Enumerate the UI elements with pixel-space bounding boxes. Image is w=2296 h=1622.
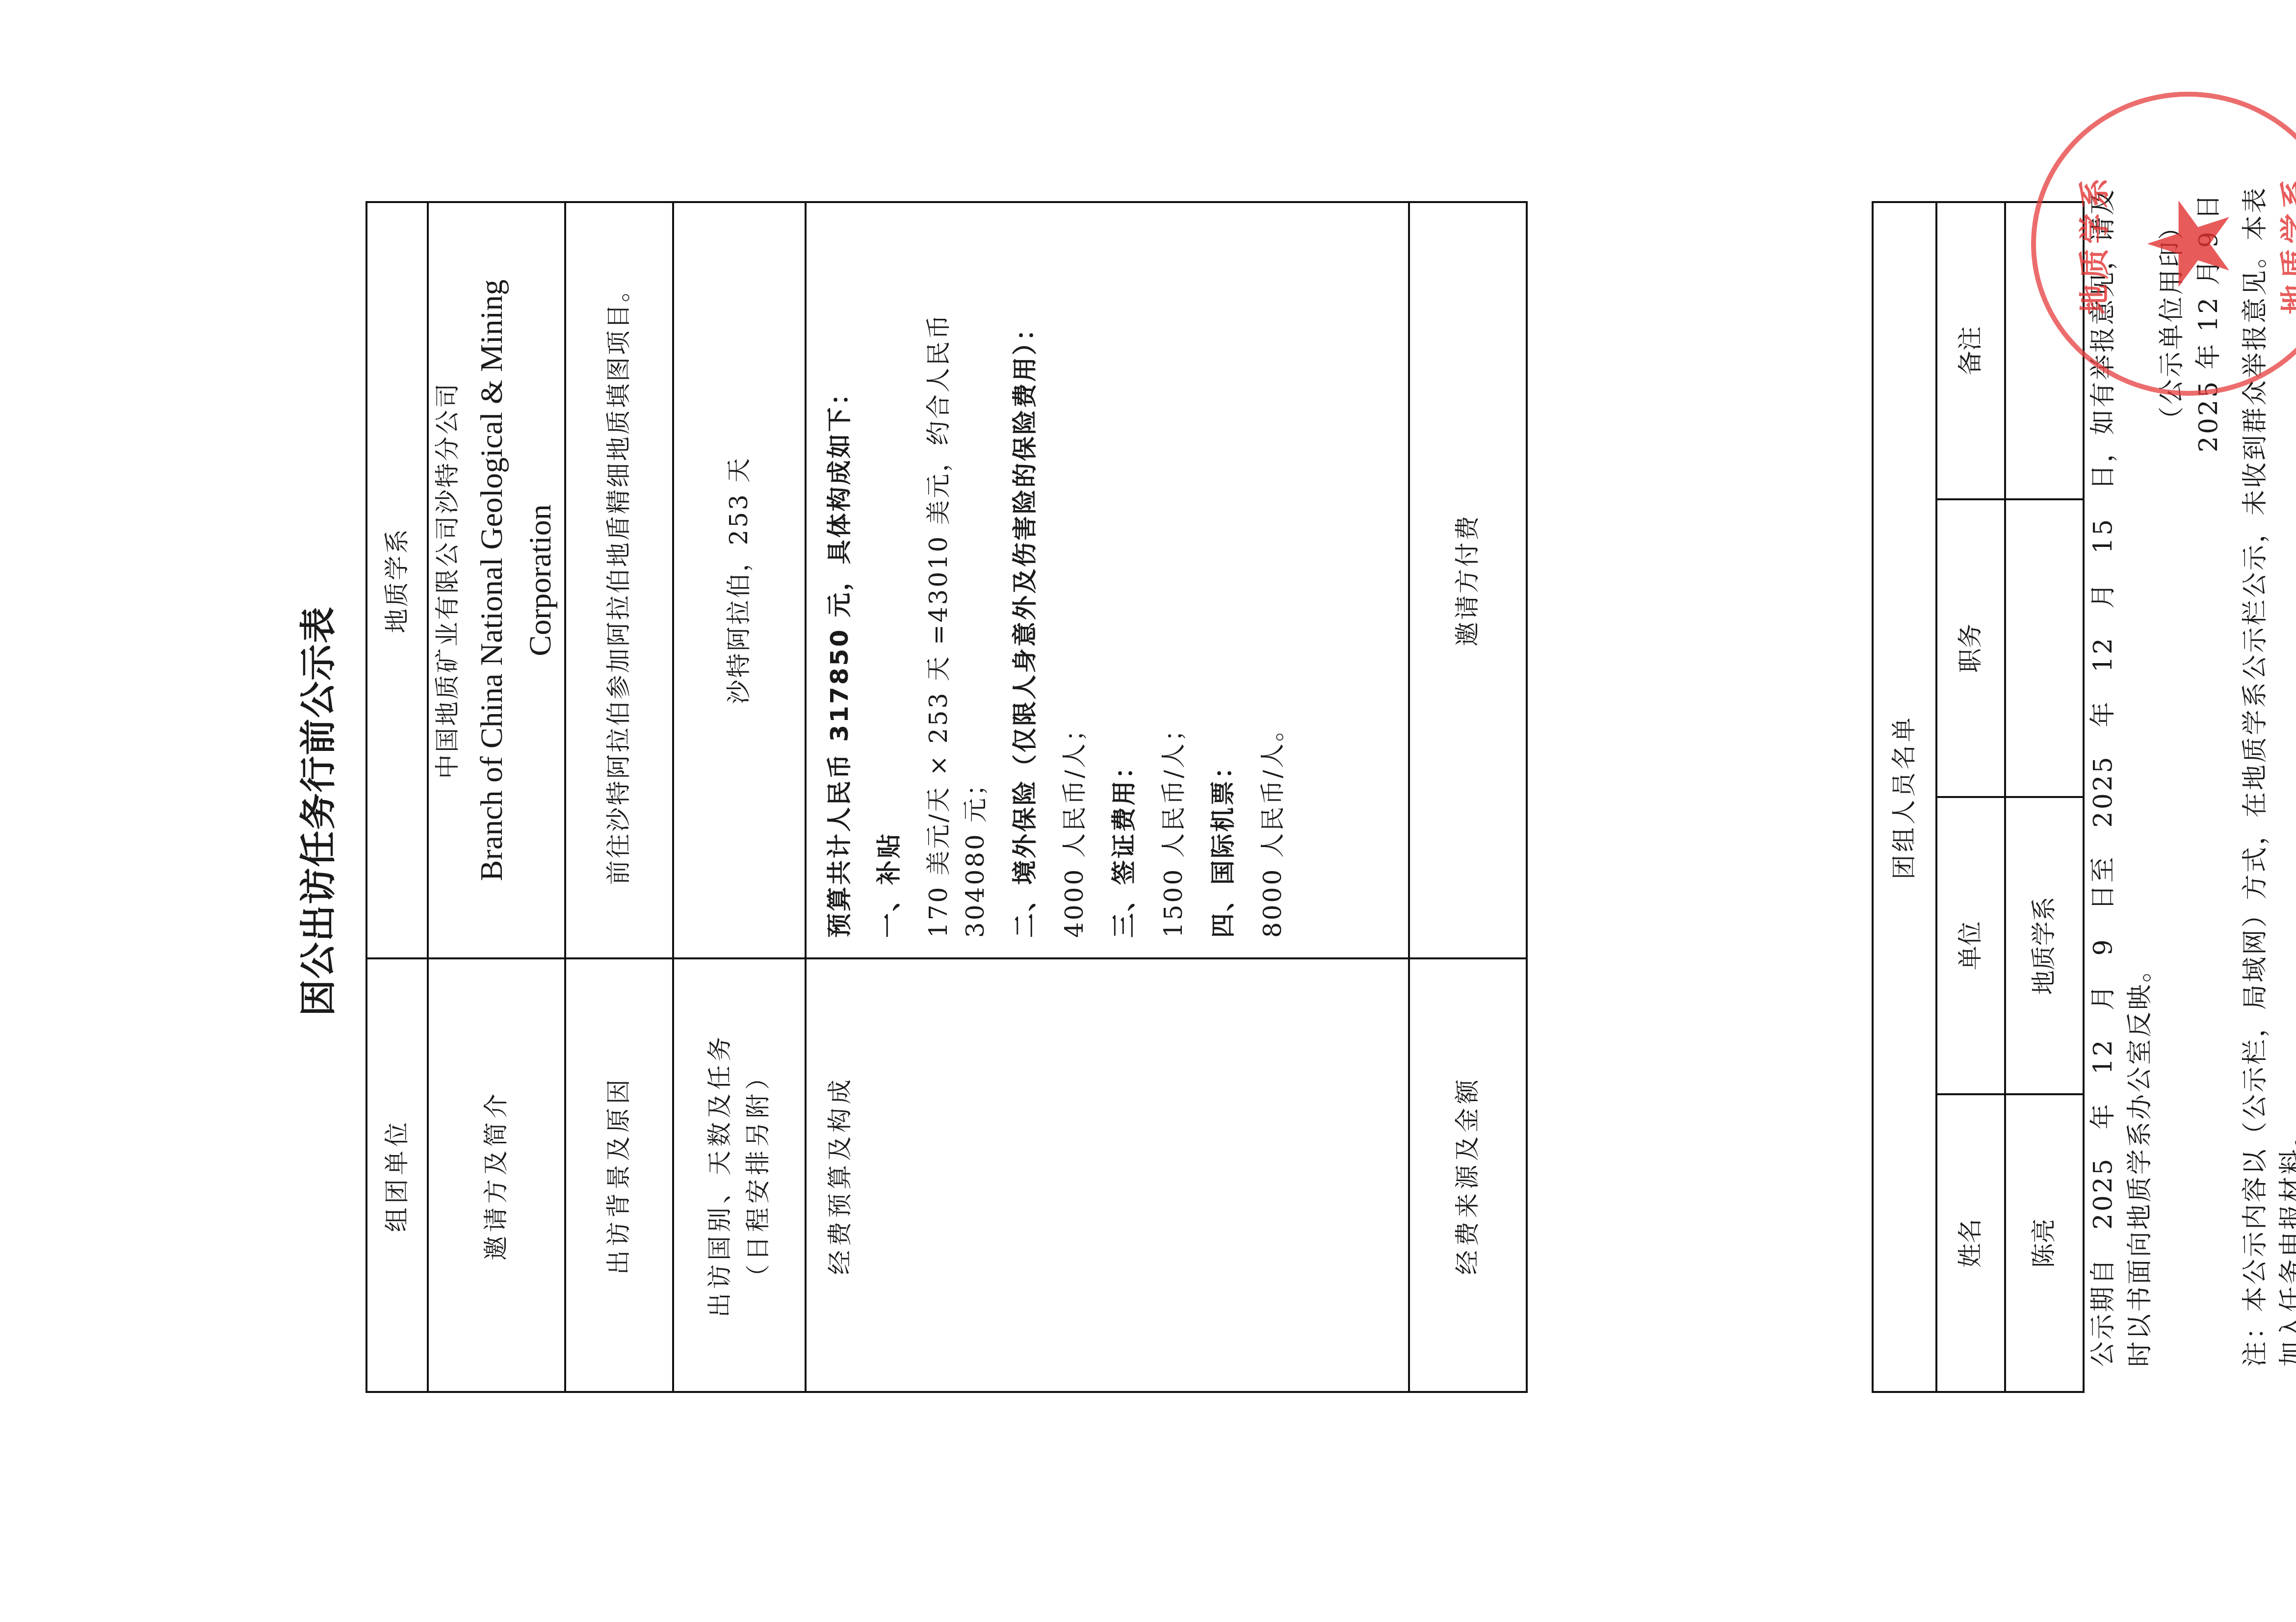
value-inviter: 中国地质矿业有限公司沙特分公司 Branch of China National… xyxy=(428,202,565,958)
budget-summary: 预算共计人民币 317850 元，具体构成如下： xyxy=(821,223,858,938)
members-columns-row: 姓名 单位 职务 备注 xyxy=(1936,202,2005,1392)
seal-org-text-bottom: 地质学系 xyxy=(2271,97,2296,391)
label-country-days-main: 出访国别、天数及任务 xyxy=(701,979,739,1371)
budget-item-heading: 三、签证费用： xyxy=(1106,223,1143,938)
label-inviter: 邀请方及简介 xyxy=(428,958,565,1392)
label-background: 出访背景及原因 xyxy=(565,958,673,1392)
value-funding-source: 邀请方付费 xyxy=(1409,202,1527,958)
budget-item-detail: 4000 人民币/人； xyxy=(1056,223,1093,938)
members-header: 团组人员名单 xyxy=(1873,202,1936,1392)
star-icon: ★ xyxy=(2134,97,2247,391)
member-unit: 地质学系 xyxy=(2005,797,2084,1095)
budget-item-detail: 8000 人民币/人。 xyxy=(1254,223,1291,938)
col-position: 职务 xyxy=(1936,500,2005,798)
label-funding-source: 经费来源及金额 xyxy=(1409,958,1527,1392)
budget-item-heading: 一、补贴 xyxy=(871,223,908,938)
members-header-row: 团组人员名单 xyxy=(1873,202,1936,1392)
seal-org-text-top: 地质学系 xyxy=(2070,97,2114,391)
label-budget: 经费预算及构成 xyxy=(806,958,1409,1392)
inviter-name-en: Branch of China National Geological & Mi… xyxy=(467,223,564,938)
col-name: 姓名 xyxy=(1936,1095,2005,1392)
row-budget: 经费预算及构成 预算共计人民币 317850 元，具体构成如下： 一、补贴 17… xyxy=(806,202,1409,1392)
budget-item-detail: 170 美元/天 × 253 天 =43010 美元，约合人民币 304080 … xyxy=(920,223,994,938)
budget-item-detail: 1500 人民币/人； xyxy=(1155,223,1192,938)
label-organizing-unit: 组团单位 xyxy=(366,958,428,1392)
document-title: 因公出访任务行前公示表 xyxy=(289,0,341,1622)
member-name: 陈亮 xyxy=(2005,1095,2084,1392)
members-table: 团组人员名单 姓名 单位 职务 备注 陈亮 地质学系 xyxy=(1872,201,2085,1393)
label-country-days: 出访国别、天数及任务 （日程安排另附） xyxy=(673,958,806,1392)
document-sheet: 因公出访任务行前公示表 组团单位 地质学系 邀请方及简介 中国地质矿业有限公司沙… xyxy=(0,0,2296,1622)
budget-item-heading: 二、境外保险（仅限人身意外及伤害险的保险费用）： xyxy=(1007,223,1044,938)
row-country-days: 出访国别、天数及任务 （日程安排另附） 沙特阿拉伯，253 天 xyxy=(673,202,806,1392)
inviter-name-cn: 中国地质矿业有限公司沙特分公司 xyxy=(429,223,467,938)
row-background: 出访背景及原因 前往沙特阿拉伯参加阿拉伯地盾精细地质填图项目。 xyxy=(565,202,673,1392)
budget-item-heading: 四、国际机票： xyxy=(1205,223,1242,938)
row-organizing-unit: 组团单位 地质学系 xyxy=(366,202,428,1392)
member-position xyxy=(2005,500,2084,798)
row-funding-source: 经费来源及金额 邀请方付费 xyxy=(1409,202,1527,1392)
label-country-days-sub: （日程安排另附） xyxy=(739,979,778,1371)
col-remark: 备注 xyxy=(1936,202,2005,500)
official-seal: 地质学系 ★ 地质学系 xyxy=(2031,92,2296,396)
value-budget: 预算共计人民币 317850 元，具体构成如下： 一、补贴 170 美元/天 ×… xyxy=(806,202,1409,958)
value-country-days: 沙特阿拉伯，253 天 xyxy=(673,202,806,958)
row-inviter: 邀请方及简介 中国地质矿业有限公司沙特分公司 Branch of China N… xyxy=(428,202,565,1392)
col-unit: 单位 xyxy=(1936,797,2005,1095)
publicity-form-table: 组团单位 地质学系 邀请方及简介 中国地质矿业有限公司沙特分公司 Branch … xyxy=(365,201,1528,1393)
value-organizing-unit: 地质学系 xyxy=(366,202,428,958)
value-background: 前往沙特阿拉伯参加阿拉伯地盾精细地质填图项目。 xyxy=(565,202,673,958)
